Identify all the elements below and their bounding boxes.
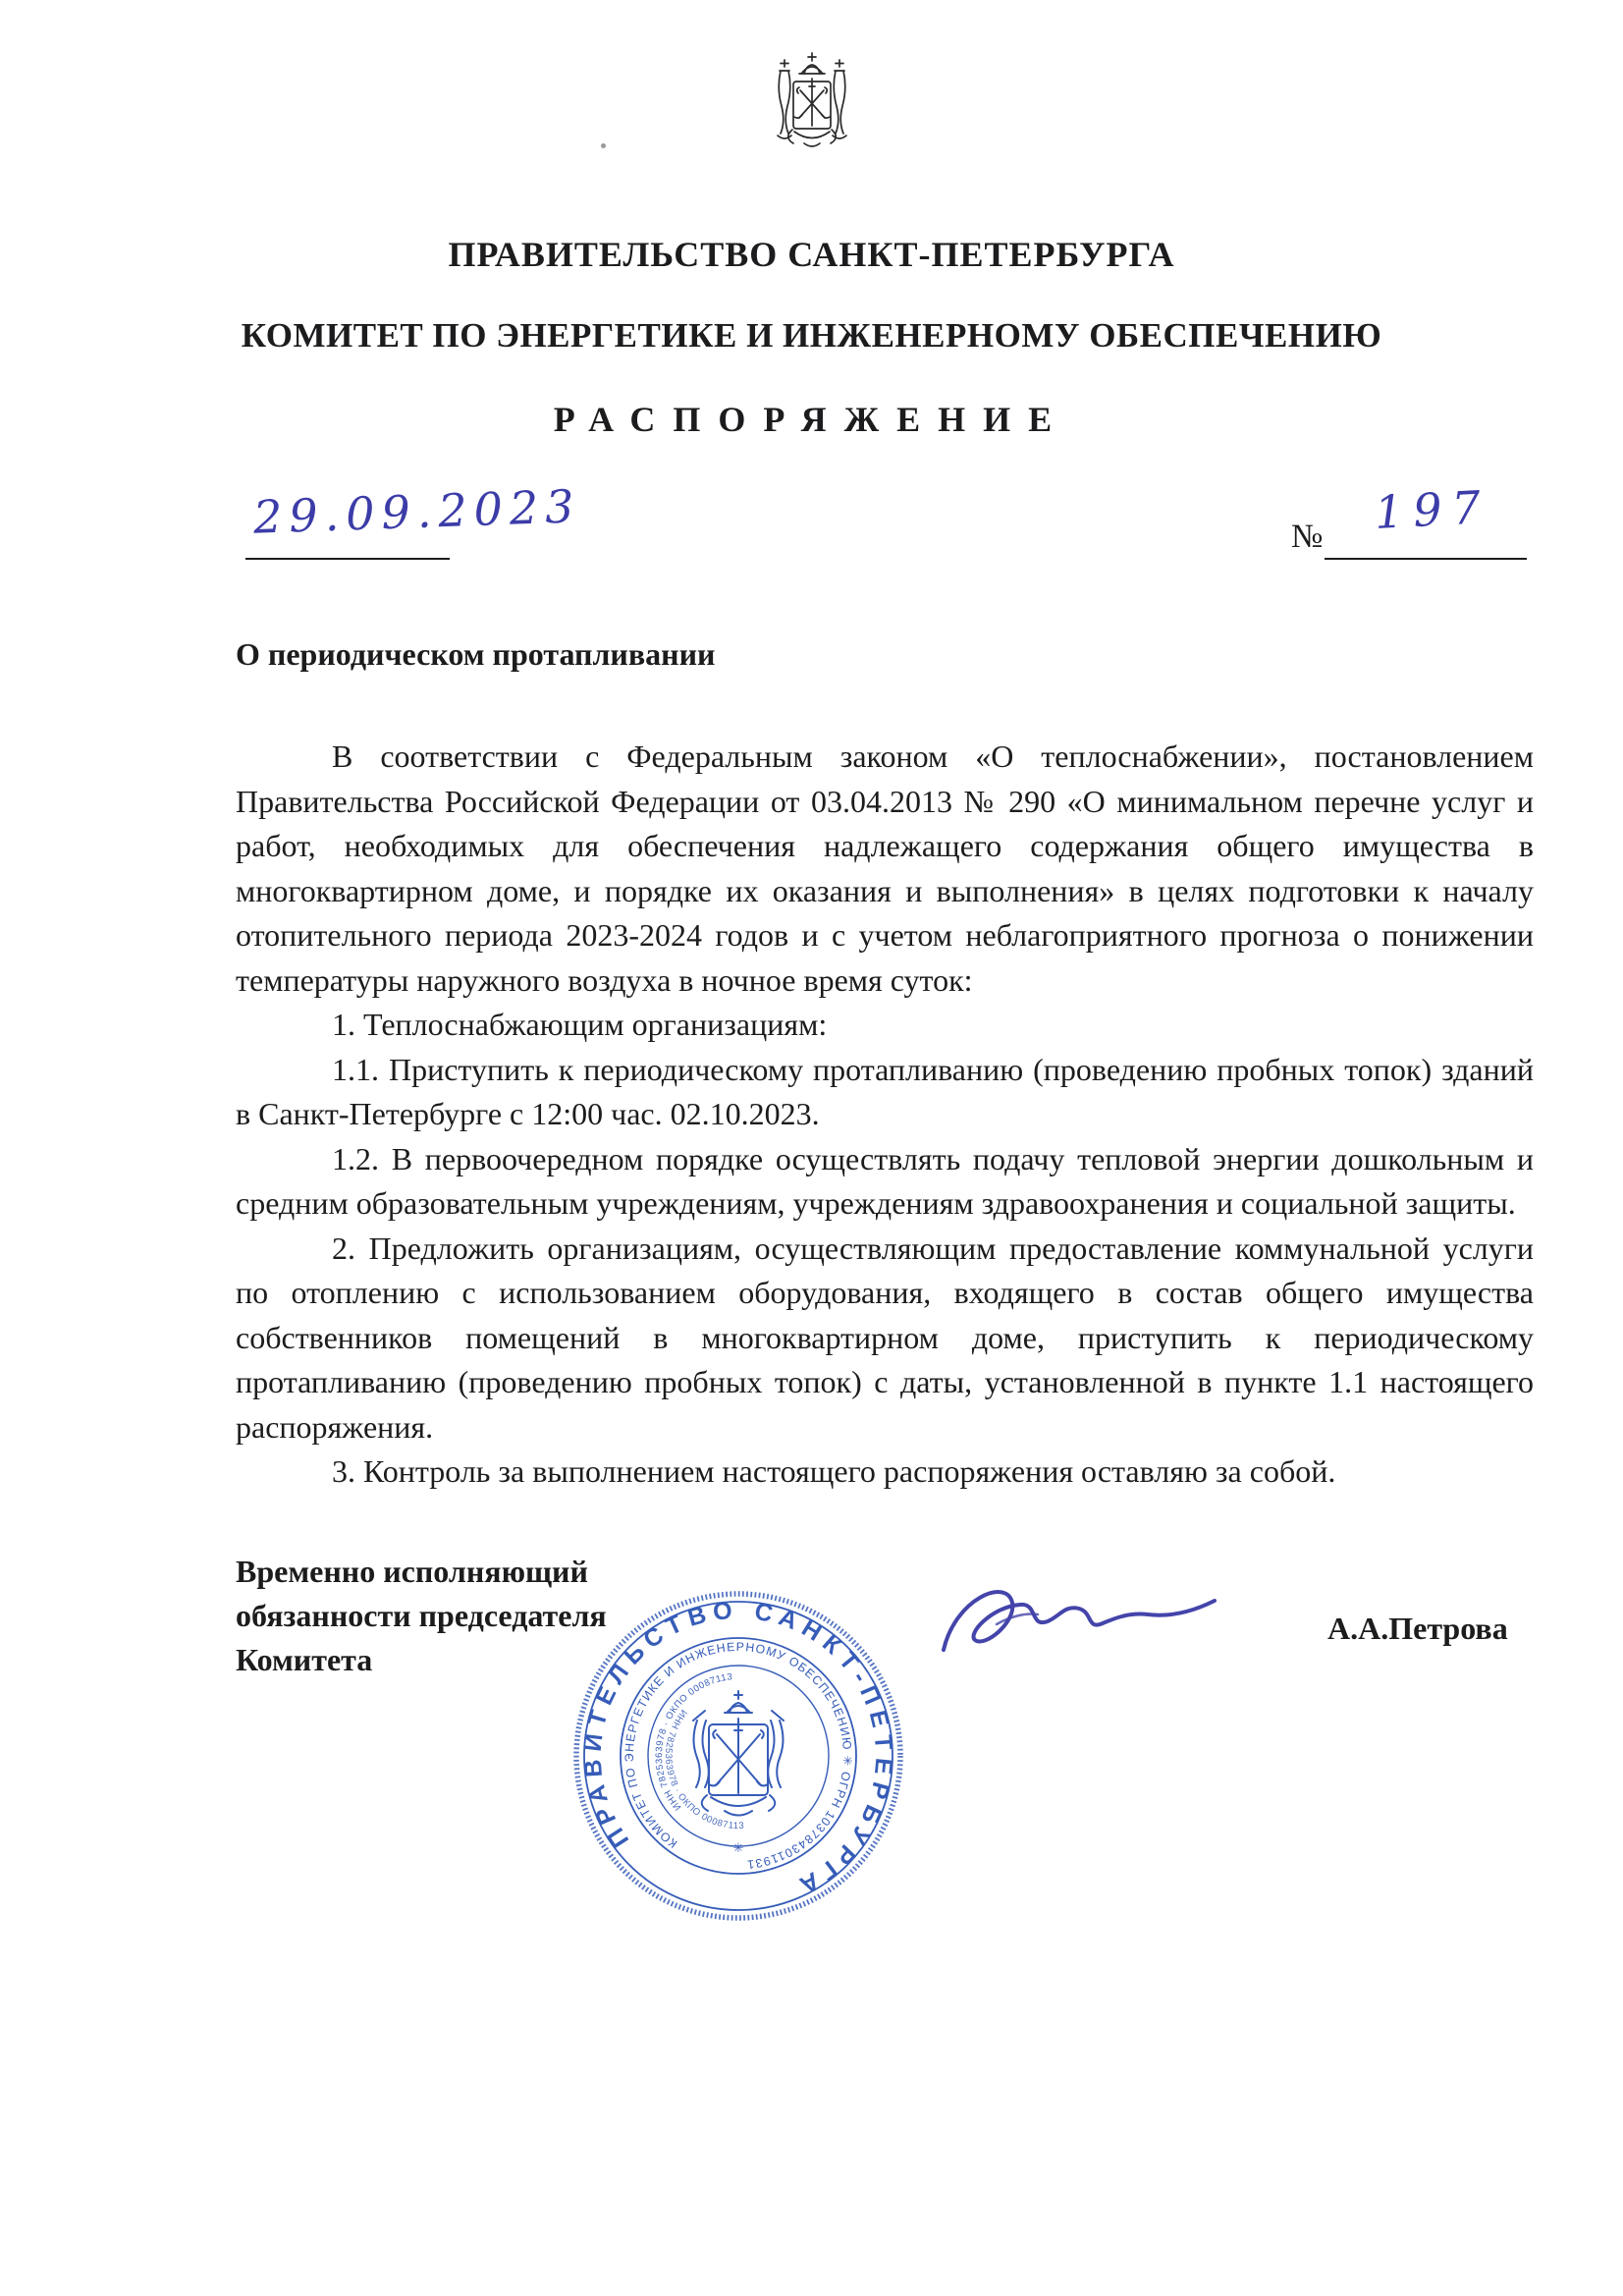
document-type-title: РАСПОРЯЖЕНИЕ [0,399,1623,440]
scan-speck [601,143,606,148]
number-underline [1325,558,1527,560]
government-title: ПРАВИТЕЛЬСТВО САНКТ-ПЕТЕРБУРГА [0,234,1623,275]
body-paragraph: 3. Контроль за выполнением настоящего ра… [236,1449,1534,1495]
signer-name: А.А.Петрова [1327,1611,1508,1647]
body-paragraph: 1.1. Приступить к периодическому протапл… [236,1048,1534,1137]
document-body: В соответствии с Федеральным законом «О … [236,735,1534,1495]
body-paragraph: 1. Теплоснабжающим организациям: [236,1003,1534,1048]
date-handwritten: 29.09.2023 [252,479,581,544]
scanned-document-page: ПРАВИТЕЛЬСТВО САНКТ-ПЕТЕРБУРГА КОМИТЕТ П… [0,0,1623,2296]
document-subject: О периодическом протапливании [236,636,715,673]
signer-position-line: Временно исполняющий [236,1550,607,1594]
handwritten-signature [928,1569,1232,1682]
stamp-coat-of-arms-icon [693,1691,784,1816]
date-underline [245,558,450,560]
official-stamp: ПРАВИТЕЛЬСТВО САНКТ-ПЕТЕРБУРГА КОМИТЕТ П… [571,1589,905,1923]
committee-title: КОМИТЕТ ПО ЭНЕРГЕТИКЕ И ИНЖЕНЕРНОМУ ОБЕС… [0,316,1623,355]
body-paragraph: 1.2. В первоочередном порядке осуществля… [236,1137,1534,1227]
signer-position-line: Комитета [236,1638,607,1682]
body-paragraph: 2. Предложить организациям, осуществляющ… [236,1227,1534,1450]
number-label: № [1291,519,1323,556]
number-handwritten: 197 [1374,480,1491,539]
stamp-ring-codes-top: ИНН 7825363978 · ОКПО 00087113 [619,1659,777,1813]
signer-position-line: обязанности председателя [236,1594,607,1638]
body-paragraph: В соответствии с Федеральным законом «О … [236,735,1534,1003]
spb-coat-of-arms-icon [765,49,859,181]
signer-position: Временно исполняющий обязанности председ… [236,1550,607,1682]
stamp-bottom-mark: ✳ [733,1840,744,1855]
